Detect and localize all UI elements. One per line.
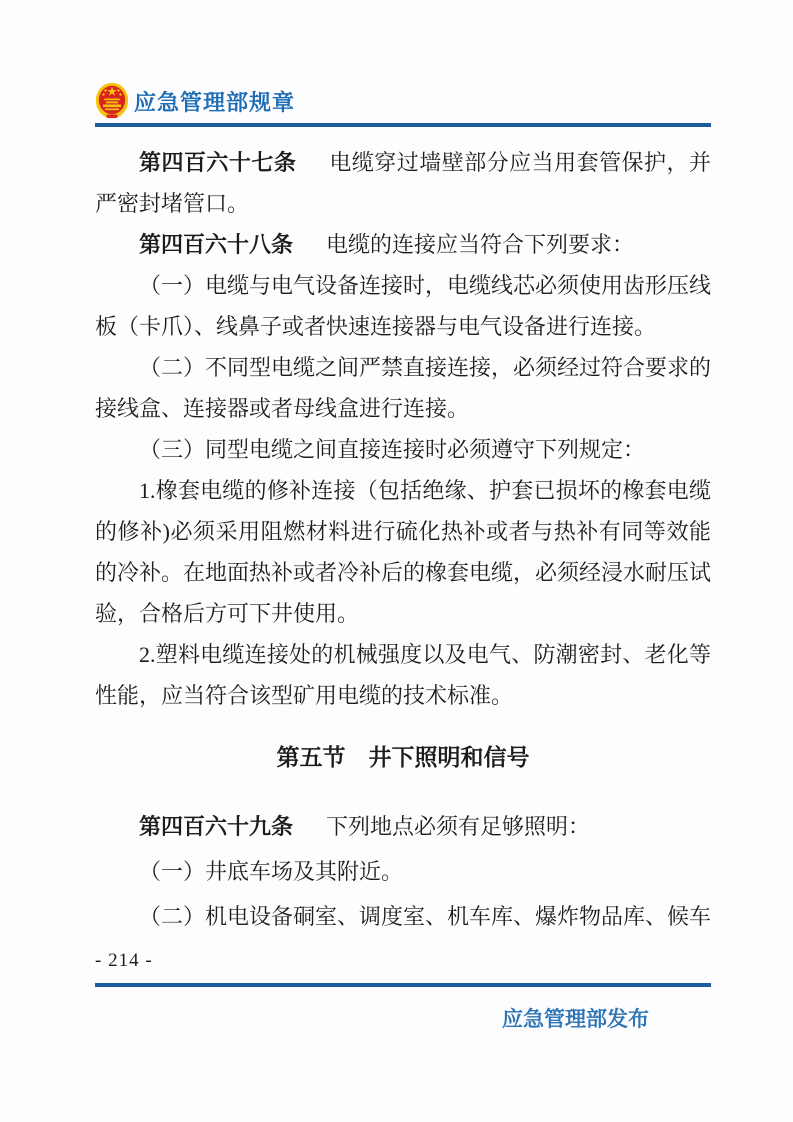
paragraph-text: 1.橡套电缆的修补连接（包括绝缘、护套已损坏的橡套电缆的修补)必须采用阻燃材料进… (95, 478, 711, 626)
numbered-sub-paragraph: 1.橡套电缆的修补连接（包括绝缘、护套已损坏的橡套电缆的修补)必须采用阻燃材料进… (95, 470, 711, 634)
article-paragraph: 第四百六十九条下列地点必须有足够照明： (95, 806, 711, 847)
list-item-paragraph: （一）电缆与电气设备连接时，电缆线芯必须使用齿形压线板（卡爪）、线鼻子或者快速连… (95, 265, 711, 347)
page-number: - 214 - (95, 950, 153, 972)
numbered-sub-paragraph: 2.塑料电缆连接处的机械强度以及电气、防潮密封、老化等性能，应当符合该型矿用电缆… (95, 634, 711, 716)
document-header-title: 应急管理部规章 (134, 86, 295, 117)
paragraph-text: （二）机电设备硐室、调度室、机车库、爆炸物品库、候车 (139, 904, 711, 929)
article-number: 第四百六十九条 (139, 814, 293, 839)
paragraph-text: 电缆的连接应当符合下列要求： (326, 232, 634, 257)
article-number: 第四百六十七条 (139, 150, 296, 175)
document-page: 应急管理部规章 第四百六十七条电缆穿过墙壁部分应当用套管保护，并严密封堵管口。 … (0, 0, 793, 1122)
paragraph-text: （二）不同型电缆之间严禁直接连接，必须经过符合要求的接线盒、连接器或者母线盒进行… (95, 355, 711, 421)
article-paragraph: 第四百六十八条电缆的连接应当符合下列要求： (95, 224, 711, 265)
list-item-paragraph: （二）不同型电缆之间严禁直接连接，必须经过符合要求的接线盒、连接器或者母线盒进行… (95, 347, 711, 429)
publisher-label: 应急管理部发布 (95, 1003, 711, 1033)
footer-rule (95, 983, 711, 987)
list-item-paragraph: （二）机电设备硐室、调度室、机车库、爆炸物品库、候车 (95, 896, 711, 937)
document-body: 第四百六十七条电缆穿过墙壁部分应当用套管保护，并严密封堵管口。 第四百六十八条电… (95, 142, 711, 937)
article-number: 第四百六十八条 (139, 232, 293, 257)
china-national-emblem-icon (95, 82, 129, 120)
paragraph-text: （一）井底车场及其附近。 (139, 859, 403, 884)
paragraph-text: （三）同型电缆之间直接连接时必须遵守下列规定： (139, 437, 645, 462)
paragraph-text: 2.塑料电缆连接处的机械强度以及电气、防潮密封、老化等性能，应当符合该型矿用电缆… (95, 642, 711, 708)
article-paragraph: 第四百六十七条电缆穿过墙壁部分应当用套管保护，并严密封堵管口。 (95, 142, 711, 224)
section-heading: 第五节 井下照明和信号 (95, 742, 711, 772)
paragraph-text: （一）电缆与电气设备连接时，电缆线芯必须使用齿形压线板（卡爪）、线鼻子或者快速连… (95, 273, 711, 339)
list-item-paragraph: （一）井底车场及其附近。 (95, 851, 711, 892)
list-item-paragraph: （三）同型电缆之间直接连接时必须遵守下列规定： (95, 429, 711, 470)
paragraph-text: 下列地点必须有足够照明： (326, 814, 590, 839)
document-header: 应急管理部规章 (95, 82, 711, 120)
header-rule (95, 123, 711, 127)
section-body: 第四百六十九条下列地点必须有足够照明： （一）井底车场及其附近。 （二）机电设备… (95, 806, 711, 937)
